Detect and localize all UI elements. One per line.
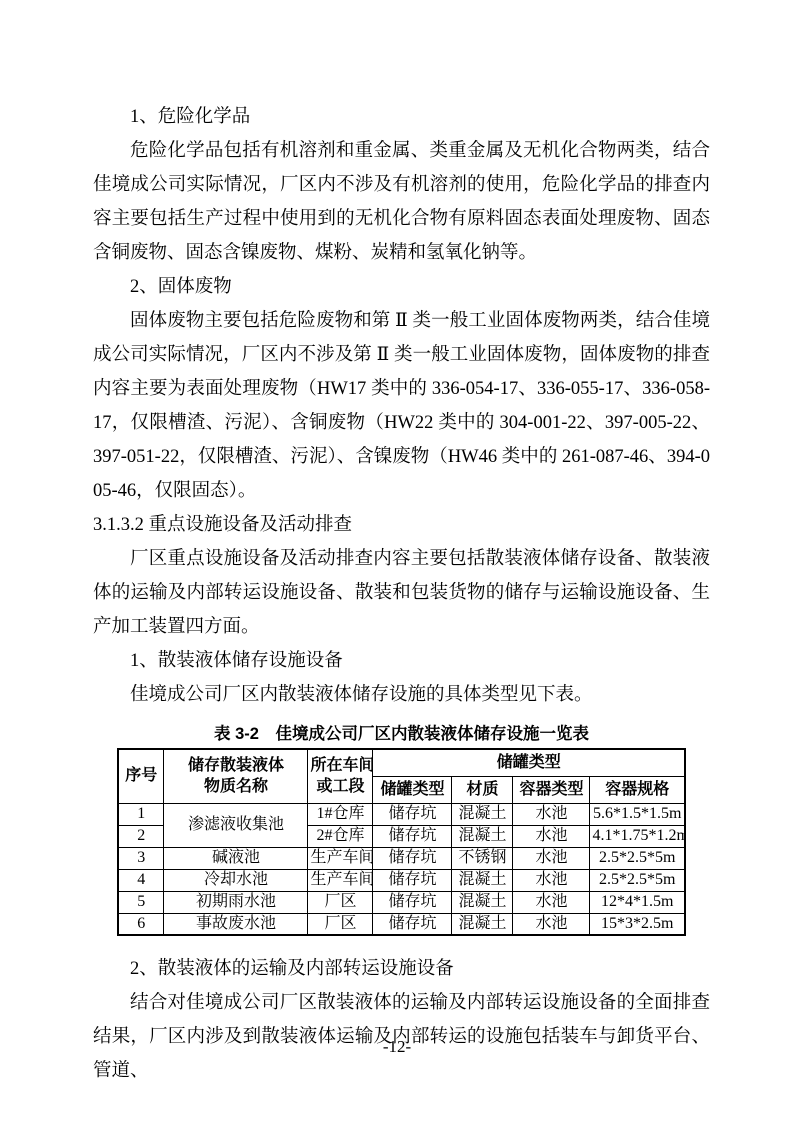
cell-seq: 5 (118, 891, 164, 913)
header-cell-tank-type: 储罐类型 (373, 776, 452, 803)
cell-material: 不锈钢 (452, 847, 513, 869)
cell-seq: 2 (118, 825, 164, 847)
header-cell-location: 所在车间 或工段 (308, 749, 373, 803)
list-heading-bulk-liquid-storage: 1、散装液体储存设施设备 (93, 644, 710, 678)
header-cell-container-type: 容器类型 (513, 776, 590, 803)
cell-tank-type: 储存坑 (373, 825, 452, 847)
table-caption: 表 3-2 佳境成公司厂区内散装液体储存设施一览表 (93, 722, 710, 746)
section-heading-3-1-3-2: 3.1.3.2 重点设施设备及活动排查 (93, 508, 710, 542)
paragraph-solid-waste: 固体废物主要包括危险废物和第 Ⅱ 类一般工业固体废物两类，结合佳境成公司实际情况… (93, 304, 710, 508)
paragraph-hazardous-chemicals: 危险化学品包括有机溶剂和重金属、类重金属及无机化合物两类，结合佳境成公司实际情况… (93, 134, 710, 270)
cell-container-spec: 5.6*1.5*1.5m (590, 803, 685, 825)
page-content: 1、危险化学品 危险化学品包括有机溶剂和重金属、类重金属及无机化合物两类，结合佳… (93, 100, 710, 1088)
cell-material: 混凝土 (452, 825, 513, 847)
cell-material: 混凝土 (452, 891, 513, 913)
cell-container-spec: 2.5*2.5*5m (590, 847, 685, 869)
cell-container-type: 水池 (513, 825, 590, 847)
table-row-5: 5 初期雨水池 厂区 储存坑 混凝土 水池 12*4*1.5m (118, 891, 685, 913)
cell-substance-name: 渗滤液收集池 (164, 803, 308, 847)
header-line: 所在车间 (310, 755, 370, 776)
cell-material: 混凝土 (452, 803, 513, 825)
cell-container-spec: 15*3*2.5m (590, 913, 685, 935)
paragraph-see-table-below: 佳境成公司厂区内散装液体储存设施的具体类型见下表。 (93, 678, 710, 712)
cell-substance-name: 碱液池 (164, 847, 308, 869)
header-cell-tank-type-group: 储罐类型 (373, 749, 685, 776)
table-row-6: 6 事故废水池 厂区 储存坑 混凝土 水池 15*3*2.5m (118, 913, 685, 935)
cell-material: 混凝土 (452, 913, 513, 935)
cell-tank-type: 储存坑 (373, 847, 452, 869)
cell-location: 生产车间 (308, 869, 373, 891)
table-row-1: 1 渗滤液收集池 1#仓库 储存坑 混凝土 水池 5.6*1.5*1.5m (118, 803, 685, 825)
header-line: 或工段 (310, 776, 370, 797)
cell-location: 生产车间 (308, 847, 373, 869)
header-line: 物质名称 (166, 776, 305, 797)
cell-seq: 1 (118, 803, 164, 825)
bulk-liquid-storage-table: 序号 储存散装液体 物质名称 所在车间 或工段 储罐类型 储罐类型 材质 容器类… (117, 748, 686, 936)
header-line: 储存散装液体 (166, 755, 305, 776)
table-row-4: 4 冷却水池 生产车间 储存坑 混凝土 水池 2.5*2.5*5m (118, 869, 685, 891)
table-header-row-1: 序号 储存散装液体 物质名称 所在车间 或工段 储罐类型 (118, 749, 685, 776)
cell-container-type: 水池 (513, 913, 590, 935)
cell-location: 厂区 (308, 891, 373, 913)
list-heading-solid-waste: 2、固体废物 (93, 270, 710, 304)
paragraph-key-facilities: 厂区重点设施设备及活动排查内容主要包括散装液体储存设备、散装液体的运输及内部转运… (93, 542, 710, 644)
cell-material: 混凝土 (452, 869, 513, 891)
cell-container-type: 水池 (513, 869, 590, 891)
cell-container-type: 水池 (513, 847, 590, 869)
cell-container-spec: 4.1*1.75*1.2m (590, 825, 685, 847)
header-cell-material: 材质 (452, 776, 513, 803)
cell-substance-name: 初期雨水池 (164, 891, 308, 913)
cell-substance-name: 冷却水池 (164, 869, 308, 891)
cell-substance-name: 事故废水池 (164, 913, 308, 935)
cell-tank-type: 储存坑 (373, 891, 452, 913)
cell-tank-type: 储存坑 (373, 869, 452, 891)
cell-location: 1#仓库 (308, 803, 373, 825)
header-cell-substance-name: 储存散装液体 物质名称 (164, 749, 308, 803)
document-page: 1、危险化学品 危险化学品包括有机溶剂和重金属、类重金属及无机化合物两类，结合佳… (0, 0, 794, 1123)
table-row-3: 3 碱液池 生产车间 储存坑 不锈钢 水池 2.5*2.5*5m (118, 847, 685, 869)
cell-tank-type: 储存坑 (373, 913, 452, 935)
cell-seq: 4 (118, 869, 164, 891)
cell-container-spec: 2.5*2.5*5m (590, 869, 685, 891)
cell-seq: 3 (118, 847, 164, 869)
header-cell-seq: 序号 (118, 749, 164, 803)
cell-location: 2#仓库 (308, 825, 373, 847)
page-number: -12- (0, 1036, 794, 1058)
cell-tank-type: 储存坑 (373, 803, 452, 825)
cell-location: 厂区 (308, 913, 373, 935)
cell-container-spec: 12*4*1.5m (590, 891, 685, 913)
cell-seq: 6 (118, 913, 164, 935)
cell-container-type: 水池 (513, 891, 590, 913)
list-heading-hazardous-chemicals: 1、危险化学品 (93, 100, 710, 134)
list-heading-bulk-liquid-transport: 2、散装液体的运输及内部转运设施设备 (93, 952, 710, 986)
header-cell-container-spec: 容器规格 (590, 776, 685, 803)
cell-container-type: 水池 (513, 803, 590, 825)
